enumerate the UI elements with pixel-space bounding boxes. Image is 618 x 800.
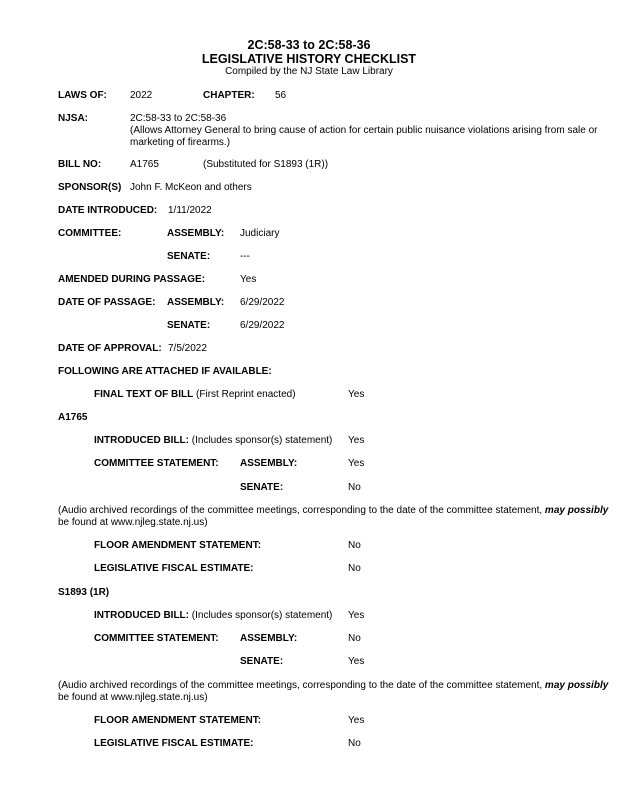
introduced-bill-note: (Includes sponsor(s) statement): [192, 610, 333, 621]
floor-amendment-value: No: [348, 540, 361, 552]
laws-of-label: LAWS OF:: [58, 90, 107, 102]
sponsors-value: John F. McKeon and others: [130, 182, 252, 194]
passage-assembly-value: 6/29/2022: [240, 297, 285, 309]
laws-of-value: 2022: [130, 90, 152, 102]
bill-section-heading: S1893 (1R): [58, 587, 109, 599]
fiscal-estimate-value: No: [348, 563, 361, 575]
introduced-bill-row: INTRODUCED BILL: (Includes sponsor(s) st…: [94, 435, 332, 447]
passage-senate-label: SENATE:: [167, 320, 210, 332]
committee-senate-label: SENATE:: [167, 251, 210, 263]
introduced-bill-value: Yes: [348, 610, 364, 622]
date-of-approval-value: 7/5/2022: [168, 343, 207, 355]
document-subtitle: Compiled by the NJ State Law Library: [0, 66, 618, 77]
committee-statement-senate-value: No: [348, 482, 361, 494]
audio-note: (Audio archived recordings of the commit…: [58, 680, 608, 692]
committee-senate-value: ---: [240, 251, 250, 263]
committee-label: COMMITTEE:: [58, 228, 121, 240]
date-introduced-label: DATE INTRODUCED:: [58, 205, 157, 217]
committee-statement-assembly-value: No: [348, 633, 361, 645]
chapter-label: CHAPTER:: [203, 90, 255, 102]
bill-no-note: (Substituted for S1893 (1R)): [203, 159, 328, 171]
final-text-label: FINAL TEXT OF BILL: [94, 389, 193, 400]
bill-no-value: A1765: [130, 159, 159, 171]
njsa-label: NJSA:: [58, 113, 88, 125]
final-text-row: FINAL TEXT OF BILL (First Reprint enacte…: [94, 389, 296, 401]
attached-heading: FOLLOWING ARE ATTACHED IF AVAILABLE:: [58, 366, 272, 378]
audio-note-text: (Audio archived recordings of the commit…: [58, 505, 542, 516]
date-of-approval-label: DATE OF APPROVAL:: [58, 343, 162, 355]
sponsors-label: SPONSOR(S): [58, 182, 121, 194]
introduced-bill-note: (Includes sponsor(s) statement): [192, 435, 333, 446]
audio-note-link-text: be found at www.njleg.state.nj.us): [58, 692, 208, 704]
floor-amendment-label: FLOOR AMENDMENT STATEMENT:: [94, 540, 261, 552]
committee-statement-assembly-label: ASSEMBLY:: [240, 633, 297, 645]
introduced-bill-label: INTRODUCED BILL:: [94, 435, 189, 446]
bill-no-label: BILL NO:: [58, 159, 101, 171]
floor-amendment-value: Yes: [348, 715, 364, 727]
date-introduced-value: 1/11/2022: [168, 205, 212, 217]
audio-note-emphasis: may possibly: [545, 680, 608, 691]
chapter-value: 56: [275, 90, 286, 102]
document-title: 2C:58-33 to 2C:58-36: [0, 38, 618, 52]
committee-statement-senate-value: Yes: [348, 656, 364, 668]
floor-amendment-label: FLOOR AMENDMENT STATEMENT:: [94, 715, 261, 727]
committee-statement-label: COMMITTEE STATEMENT:: [94, 633, 219, 645]
audio-note-emphasis: may possibly: [545, 505, 608, 516]
committee-statement-senate-label: SENATE:: [240, 482, 283, 494]
introduced-bill-value: Yes: [348, 435, 364, 447]
amended-value: Yes: [240, 274, 256, 286]
committee-assembly-value: Judiciary: [240, 228, 279, 240]
fiscal-estimate-label: LEGISLATIVE FISCAL ESTIMATE:: [94, 738, 253, 750]
audio-note-text: (Audio archived recordings of the commit…: [58, 680, 542, 691]
document-heading: LEGISLATIVE HISTORY CHECKLIST: [0, 52, 618, 66]
committee-assembly-label: ASSEMBLY:: [167, 228, 224, 240]
date-of-passage-label: DATE OF PASSAGE:: [58, 297, 155, 309]
bill-section-heading: A1765: [58, 412, 87, 424]
committee-statement-assembly-label: ASSEMBLY:: [240, 458, 297, 470]
passage-assembly-label: ASSEMBLY:: [167, 297, 224, 309]
fiscal-estimate-value: No: [348, 738, 361, 750]
committee-statement-assembly-value: Yes: [348, 458, 364, 470]
amended-label: AMENDED DURING PASSAGE:: [58, 274, 205, 286]
njsa-value: 2C:58-33 to 2C:58-36: [130, 113, 226, 125]
introduced-bill-label: INTRODUCED BILL:: [94, 610, 189, 621]
njsa-description: (Allows Attorney General to bring cause …: [130, 125, 610, 149]
passage-senate-value: 6/29/2022: [240, 320, 285, 332]
final-text-value: Yes: [348, 389, 364, 401]
committee-statement-label: COMMITTEE STATEMENT:: [94, 458, 219, 470]
committee-statement-senate-label: SENATE:: [240, 656, 283, 668]
final-text-note: (First Reprint enacted): [196, 389, 295, 400]
fiscal-estimate-label: LEGISLATIVE FISCAL ESTIMATE:: [94, 563, 253, 575]
audio-note-link-text: be found at www.njleg.state.nj.us): [58, 517, 208, 529]
audio-note: (Audio archived recordings of the commit…: [58, 505, 608, 517]
introduced-bill-row: INTRODUCED BILL: (Includes sponsor(s) st…: [94, 610, 332, 622]
